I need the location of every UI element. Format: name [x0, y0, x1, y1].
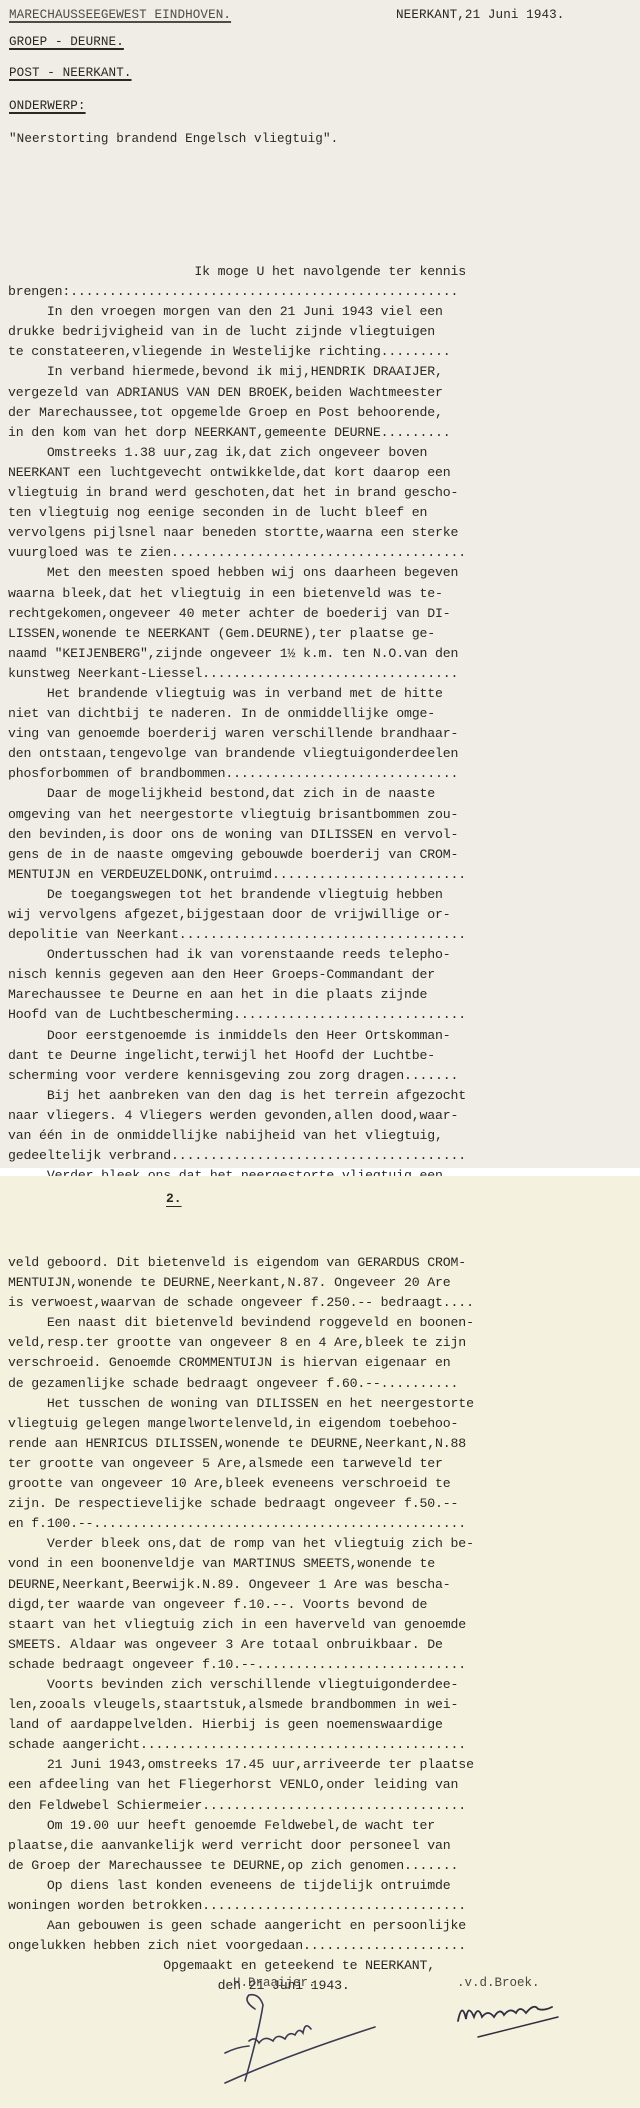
text-line: naar vliegers. 4 Vliegers werden gevonde…	[8, 1106, 632, 1126]
text-line: land of aardappelvelden. Hierbij is geen…	[8, 1715, 632, 1735]
text-line: Het tusschen de woning van DILISSEN en h…	[8, 1394, 632, 1414]
text-line: vervolgens pijlsnel naar beneden stortte…	[8, 523, 632, 543]
text-line: In den vroegen morgen van den 21 Juni 19…	[8, 302, 632, 322]
page-number: 2.	[166, 1191, 182, 1206]
text-line: nisch kennis gegeven aan den Heer Groeps…	[8, 965, 632, 985]
text-line: in den kom van het dorp NEERKANT,gemeent…	[8, 423, 632, 443]
text-line: DEURNE,Neerkant,Beerwijk.N.89. Ongeveer …	[8, 1575, 632, 1595]
text-line: waarna bleek,dat het vliegtuig in een bi…	[8, 584, 632, 604]
text-line: De toegangswegen tot het brandende vlieg…	[8, 885, 632, 905]
text-line: vliegtuig in brand werd geschoten,dat he…	[8, 483, 632, 503]
text-line: is verwoest,waarvan de schade ongeveer f…	[8, 1293, 632, 1313]
text-line: naamd "KEIJENBERG",zijnde ongeveer 1½ k.…	[8, 644, 632, 664]
text-line: veld,resp.ter grootte van ongeveer 8 en …	[8, 1333, 632, 1353]
text-line: Daar de mogelijkheid bestond,dat zich in…	[8, 784, 632, 804]
text-line: Met den meesten spoed hebben wij ons daa…	[8, 563, 632, 583]
district-header: MARECHAUSSEEGEWEST EINDHOVEN.	[9, 8, 231, 22]
text-line: Marechaussee te Deurne en aan het in die…	[8, 985, 632, 1005]
report-body-page-2: veld geboord. Dit bietenveld is eigendom…	[8, 1253, 632, 1996]
text-line: vond in een boonenveldje van MARTINUS SM…	[8, 1554, 632, 1574]
text-line: MENTUIJN en VERDEUZELDONK,ontruimd......…	[8, 865, 632, 885]
text-line: Ik moge U het navolgende ter kennis	[8, 262, 632, 282]
signature-broek-icon	[448, 1991, 598, 2051]
text-line: een afdeeling van het Fliegerhorst VENLO…	[8, 1775, 632, 1795]
text-line: omgeving van het neergestorte vliegtuig …	[8, 805, 632, 825]
report-body-page-1: Ik moge U het navolgende ter kennisbreng…	[8, 262, 632, 1247]
text-line: ter grootte van ongeveer 5 Are,alsmede e…	[8, 1454, 632, 1474]
text-line: woningen worden betrokken...............…	[8, 1896, 632, 1916]
text-line: der Marechaussee,tot opgemelde Groep en …	[8, 403, 632, 423]
text-line: len,zooals vleugels,staartstuk,alsmede b…	[8, 1695, 632, 1715]
signature-draaijer-icon	[215, 1991, 395, 2091]
text-line: Opgemaakt en geteekend te NEERKANT,	[8, 1956, 632, 1976]
text-line: vuurgloed was te zien...................…	[8, 543, 632, 563]
text-line: phosforbommen of brandbommen............…	[8, 764, 632, 784]
text-line: Een naast dit bietenveld bevindend rogge…	[8, 1313, 632, 1333]
text-line: Om 19.00 uur heeft genoemde Feldwebel,de…	[8, 1816, 632, 1836]
text-line: staart van het vliegtuig zich in een hav…	[8, 1615, 632, 1635]
text-line: Hoofd van de Luchtbescherming...........…	[8, 1005, 632, 1025]
text-line: Bij het aanbreken van den dag is het ter…	[8, 1086, 632, 1106]
text-line: schade aangericht.......................…	[8, 1735, 632, 1755]
text-line: niet van dichtbij te naderen. In de onmi…	[8, 704, 632, 724]
text-line: Verder bleek ons,dat de romp van het vli…	[8, 1534, 632, 1554]
signatory-name-broek: .v.d.Broek.	[457, 1976, 540, 1990]
text-line: den ontstaan,tengevolge van brandende vl…	[8, 744, 632, 764]
text-line: plaatse,die aanvankelijk werd verricht d…	[8, 1836, 632, 1856]
post-header: POST - NEERKANT.	[9, 66, 132, 80]
text-line: rechtgekomen,ongeveer 40 meter achter de…	[8, 604, 632, 624]
subject-title: "Neerstorting brandend Engelsch vliegtui…	[9, 132, 338, 146]
text-line: ving van genoemde boerderij waren versch…	[8, 724, 632, 744]
text-line: de Groep der Marechaussee te DEURNE,op z…	[8, 1856, 632, 1876]
text-line: Ondertusschen had ik van vorenstaande re…	[8, 945, 632, 965]
text-line: rende aan HENRICUS DILISSEN,wonende te D…	[8, 1434, 632, 1454]
text-line: den Feldwebel Schiermeier...............…	[8, 1796, 632, 1816]
text-line: te constateeren,vliegende in Westelijke …	[8, 342, 632, 362]
text-line: Voorts bevinden zich verschillende vlieg…	[8, 1675, 632, 1695]
text-line: digd,ter waarde van ongeveer f.10.--. Vo…	[8, 1595, 632, 1615]
text-line: grootte van ongeveer 10 Are,bleek evenee…	[8, 1474, 632, 1494]
place-date: NEERKANT,21 Juni 1943.	[396, 8, 564, 22]
text-line: In verband hiermede,bevond ik mij,HENDRI…	[8, 362, 632, 382]
text-line: LISSEN,wonende te NEERKANT (Gem.DEURNE),…	[8, 624, 632, 644]
text-line: drukke bedrijvigheid van in de lucht zij…	[8, 322, 632, 342]
document-page-1: MARECHAUSSEEGEWEST EINDHOVEN. NEERKANT,2…	[0, 0, 640, 1168]
text-line: ongelukken hebben zich niet voorgedaan..…	[8, 1936, 632, 1956]
text-line: ten vliegtuig nog eenige seconden in de …	[8, 503, 632, 523]
text-line: schade bedraagt ongeveer f.10.--........…	[8, 1655, 632, 1675]
text-line: 21 Juni 1943,omstreeks 17.45 uur,arrivee…	[8, 1755, 632, 1775]
text-line: zijn. De respectievelijke schade bedraag…	[8, 1494, 632, 1514]
text-line: Op diens last konden eveneens de tijdeli…	[8, 1876, 632, 1896]
text-line: brengen:................................…	[8, 282, 632, 302]
text-line: Door eerstgenoemde is inmiddels den Heer…	[8, 1026, 632, 1046]
text-line: van één in de onmiddellijke nabijheid va…	[8, 1126, 632, 1146]
signatory-name-draaijer: H.Draaijer.	[233, 1976, 316, 1990]
text-line: NEERKANT een luchtgevecht ontwikkelde,da…	[8, 463, 632, 483]
text-line: kunstweg Neerkant-Liessel...............…	[8, 664, 632, 684]
text-line: dant te Deurne ingelicht,terwijl het Hoo…	[8, 1046, 632, 1066]
text-line: vliegtuig gelegen mangelwortelenveld,in …	[8, 1414, 632, 1434]
text-line: MENTUIJN,wonende te DEURNE,Neerkant,N.87…	[8, 1273, 632, 1293]
text-line: gens de in de naaste omgeving gebouwde b…	[8, 845, 632, 865]
group-header: GROEP - DEURNE.	[9, 35, 124, 49]
text-line: Omstreeks 1.38 uur,zag ik,dat zich ongev…	[8, 443, 632, 463]
text-line: de gezamenlijke schade bedraagt ongeveer…	[8, 1374, 632, 1394]
text-line: verschroeid. Genoemde CROMMENTUIJN is hi…	[8, 1353, 632, 1373]
text-line: en f.100.--.............................…	[8, 1514, 632, 1534]
text-line: Het brandende vliegtuig was in verband m…	[8, 684, 632, 704]
text-line: veld geboord. Dit bietenveld is eigendom…	[8, 1253, 632, 1273]
text-line: gedeeltelijk verbrand...................…	[8, 1146, 632, 1166]
text-line: depolitie van Neerkant..................…	[8, 925, 632, 945]
text-line: SMEETS. Aldaar was ongeveer 3 Are totaal…	[8, 1635, 632, 1655]
text-line: Aan gebouwen is geen schade aangericht e…	[8, 1916, 632, 1936]
text-line: den bevinden,is door ons de woning van D…	[8, 825, 632, 845]
subject-label: ONDERWERP:	[9, 99, 86, 113]
text-line: wij vervolgens afgezet,bijgestaan door d…	[8, 905, 632, 925]
document-page-2: 2. veld geboord. Dit bietenveld is eigen…	[0, 1176, 640, 2108]
text-line: scherming voor verdere kennisgeving zou …	[8, 1066, 632, 1086]
text-line: vergezeld van ADRIANUS VAN DEN BROEK,bei…	[8, 383, 632, 403]
